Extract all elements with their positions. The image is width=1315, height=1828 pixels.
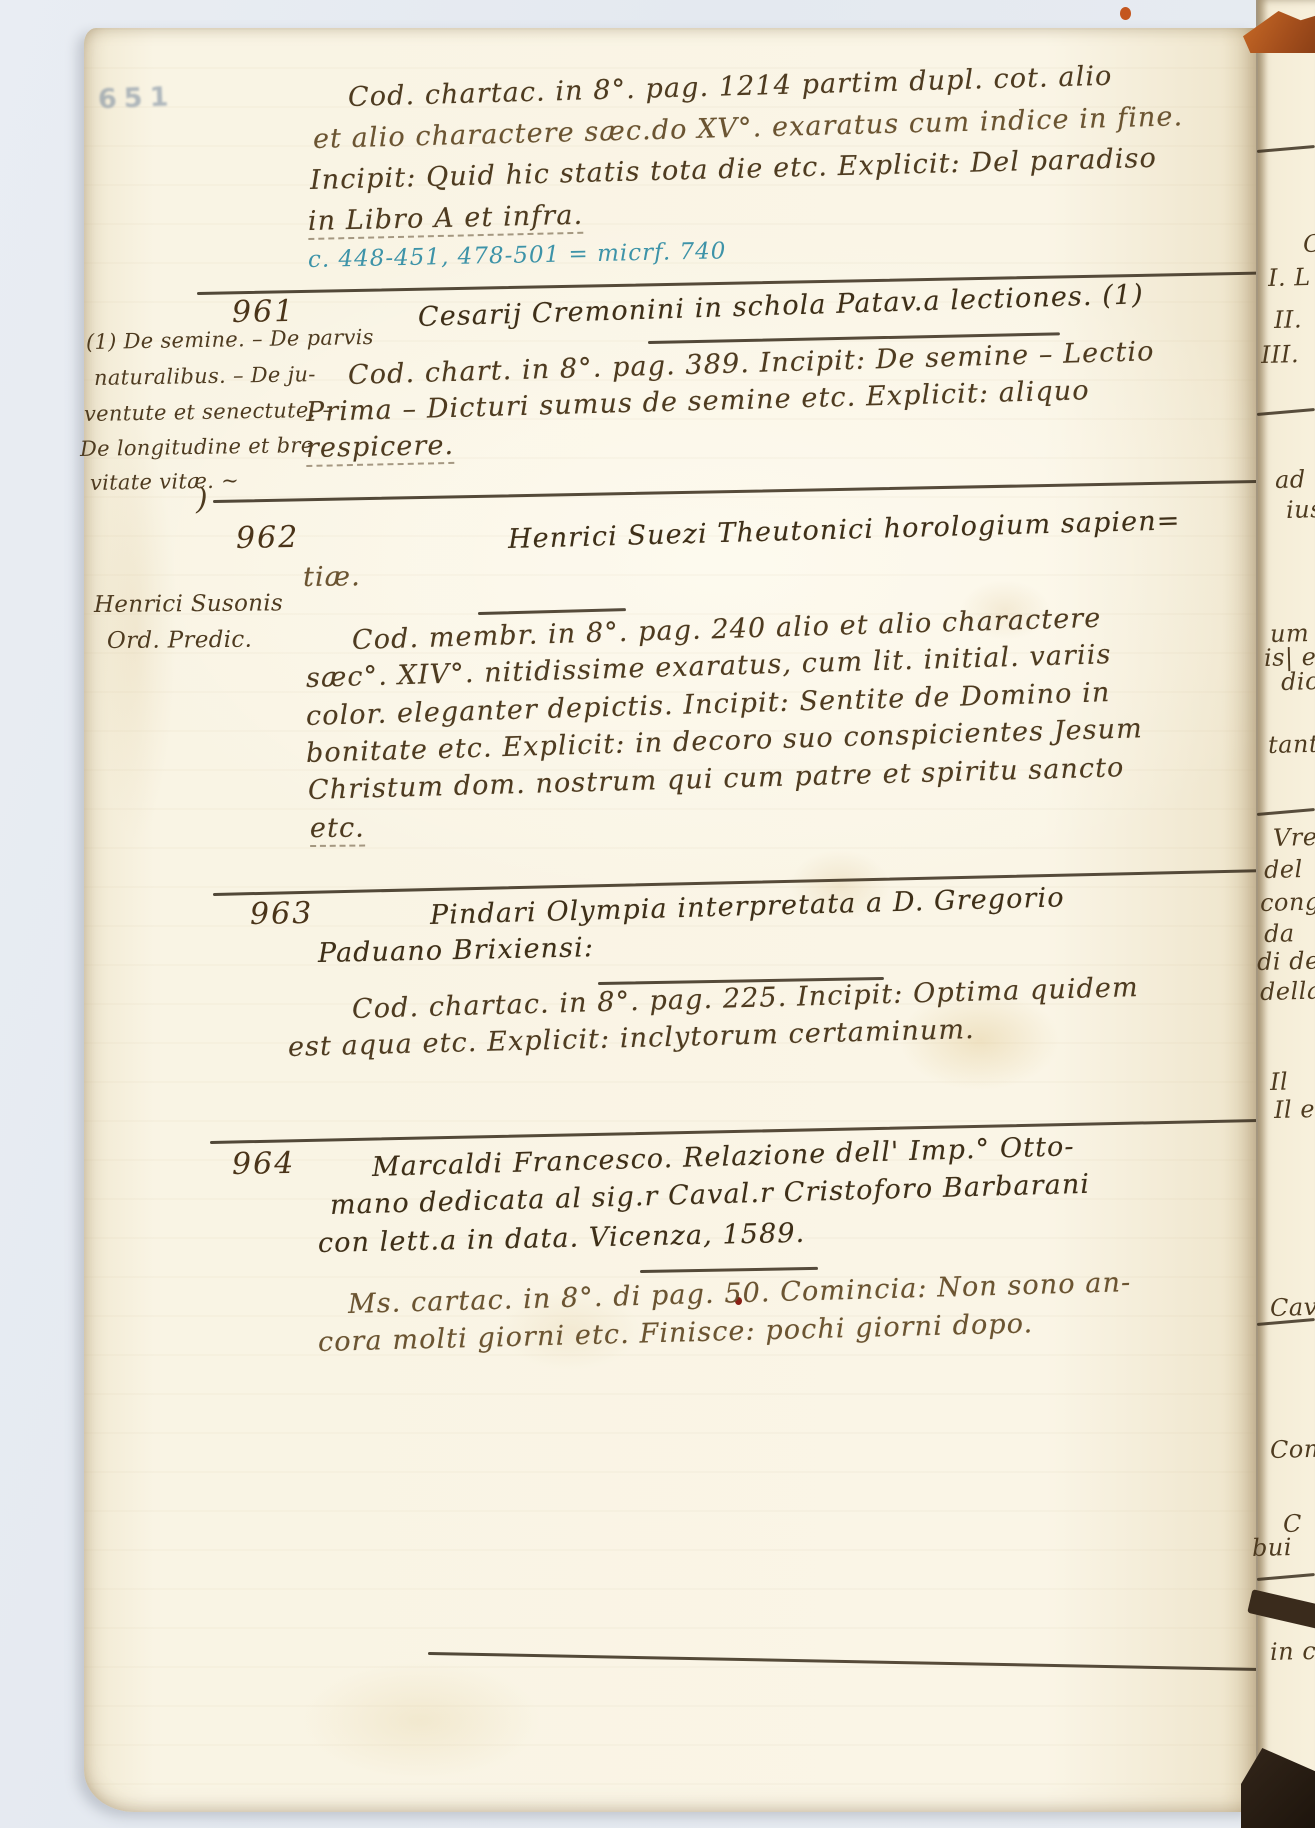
entry-title: Paduano Brixiensi: [318,932,595,969]
page-fragment: di de [1257,946,1315,976]
page-fragment: I. L [1268,263,1311,292]
ink-spot [1120,7,1131,20]
page-fragment: da [1264,919,1295,948]
page-fragment: Cav [1270,1293,1315,1322]
page-fragment: III. [1261,340,1300,369]
scanned-manuscript-catalog-page: 651 Cod. chartac. in 8°. pag. 1214 parti… [0,0,1315,1828]
page-fragment: cong [1260,888,1315,917]
page-fragment: Il e [1274,1095,1315,1124]
margin-note-line: naturalibus. – De ju- [94,362,316,390]
entry-number: 962 [236,520,300,556]
entry-number: 961 [232,294,296,330]
page-fragment: del [1264,855,1303,884]
page-fragment: C [1303,230,1315,258]
page-fragment: iust [1286,495,1315,524]
entry-number: 963 [250,896,314,932]
page-fragment: bui [1252,1533,1293,1562]
page-fragment: dich [1281,667,1315,696]
page-number-stamp: 651 [97,81,175,115]
margin-note-line: vitate vitæ. ~ [90,468,239,495]
page-fragment: in c [1270,1637,1315,1666]
margin-note-line: ventute et senectute. – [84,398,334,426]
margin-note-bracket: ) [196,482,208,517]
page-fragment: ad [1275,465,1306,494]
page-fragment: della [1260,976,1315,1006]
margin-note-line: (1) De semine. – De parvis [86,325,374,354]
entry-number: 964 [232,1146,296,1182]
page-fragment: Vre [1273,823,1315,852]
margin-note-line: Ord. Predic. [107,627,252,654]
entry-continuation-line: in Libro A et infra. [308,200,584,240]
margin-note-line: Henrici Susonis [94,590,283,618]
page-fragment: II. [1274,305,1303,334]
entry-title: tiæ. [303,561,361,593]
page-fragment: Il [1270,1068,1289,1096]
page-fragment: Com [1270,1435,1315,1464]
entry-body-line: etc. [310,813,365,847]
entry-body-line: respicere. [306,430,455,467]
margin-note-line: De longitudine et bre [80,433,314,461]
page-fragment: tanti [1268,730,1315,759]
